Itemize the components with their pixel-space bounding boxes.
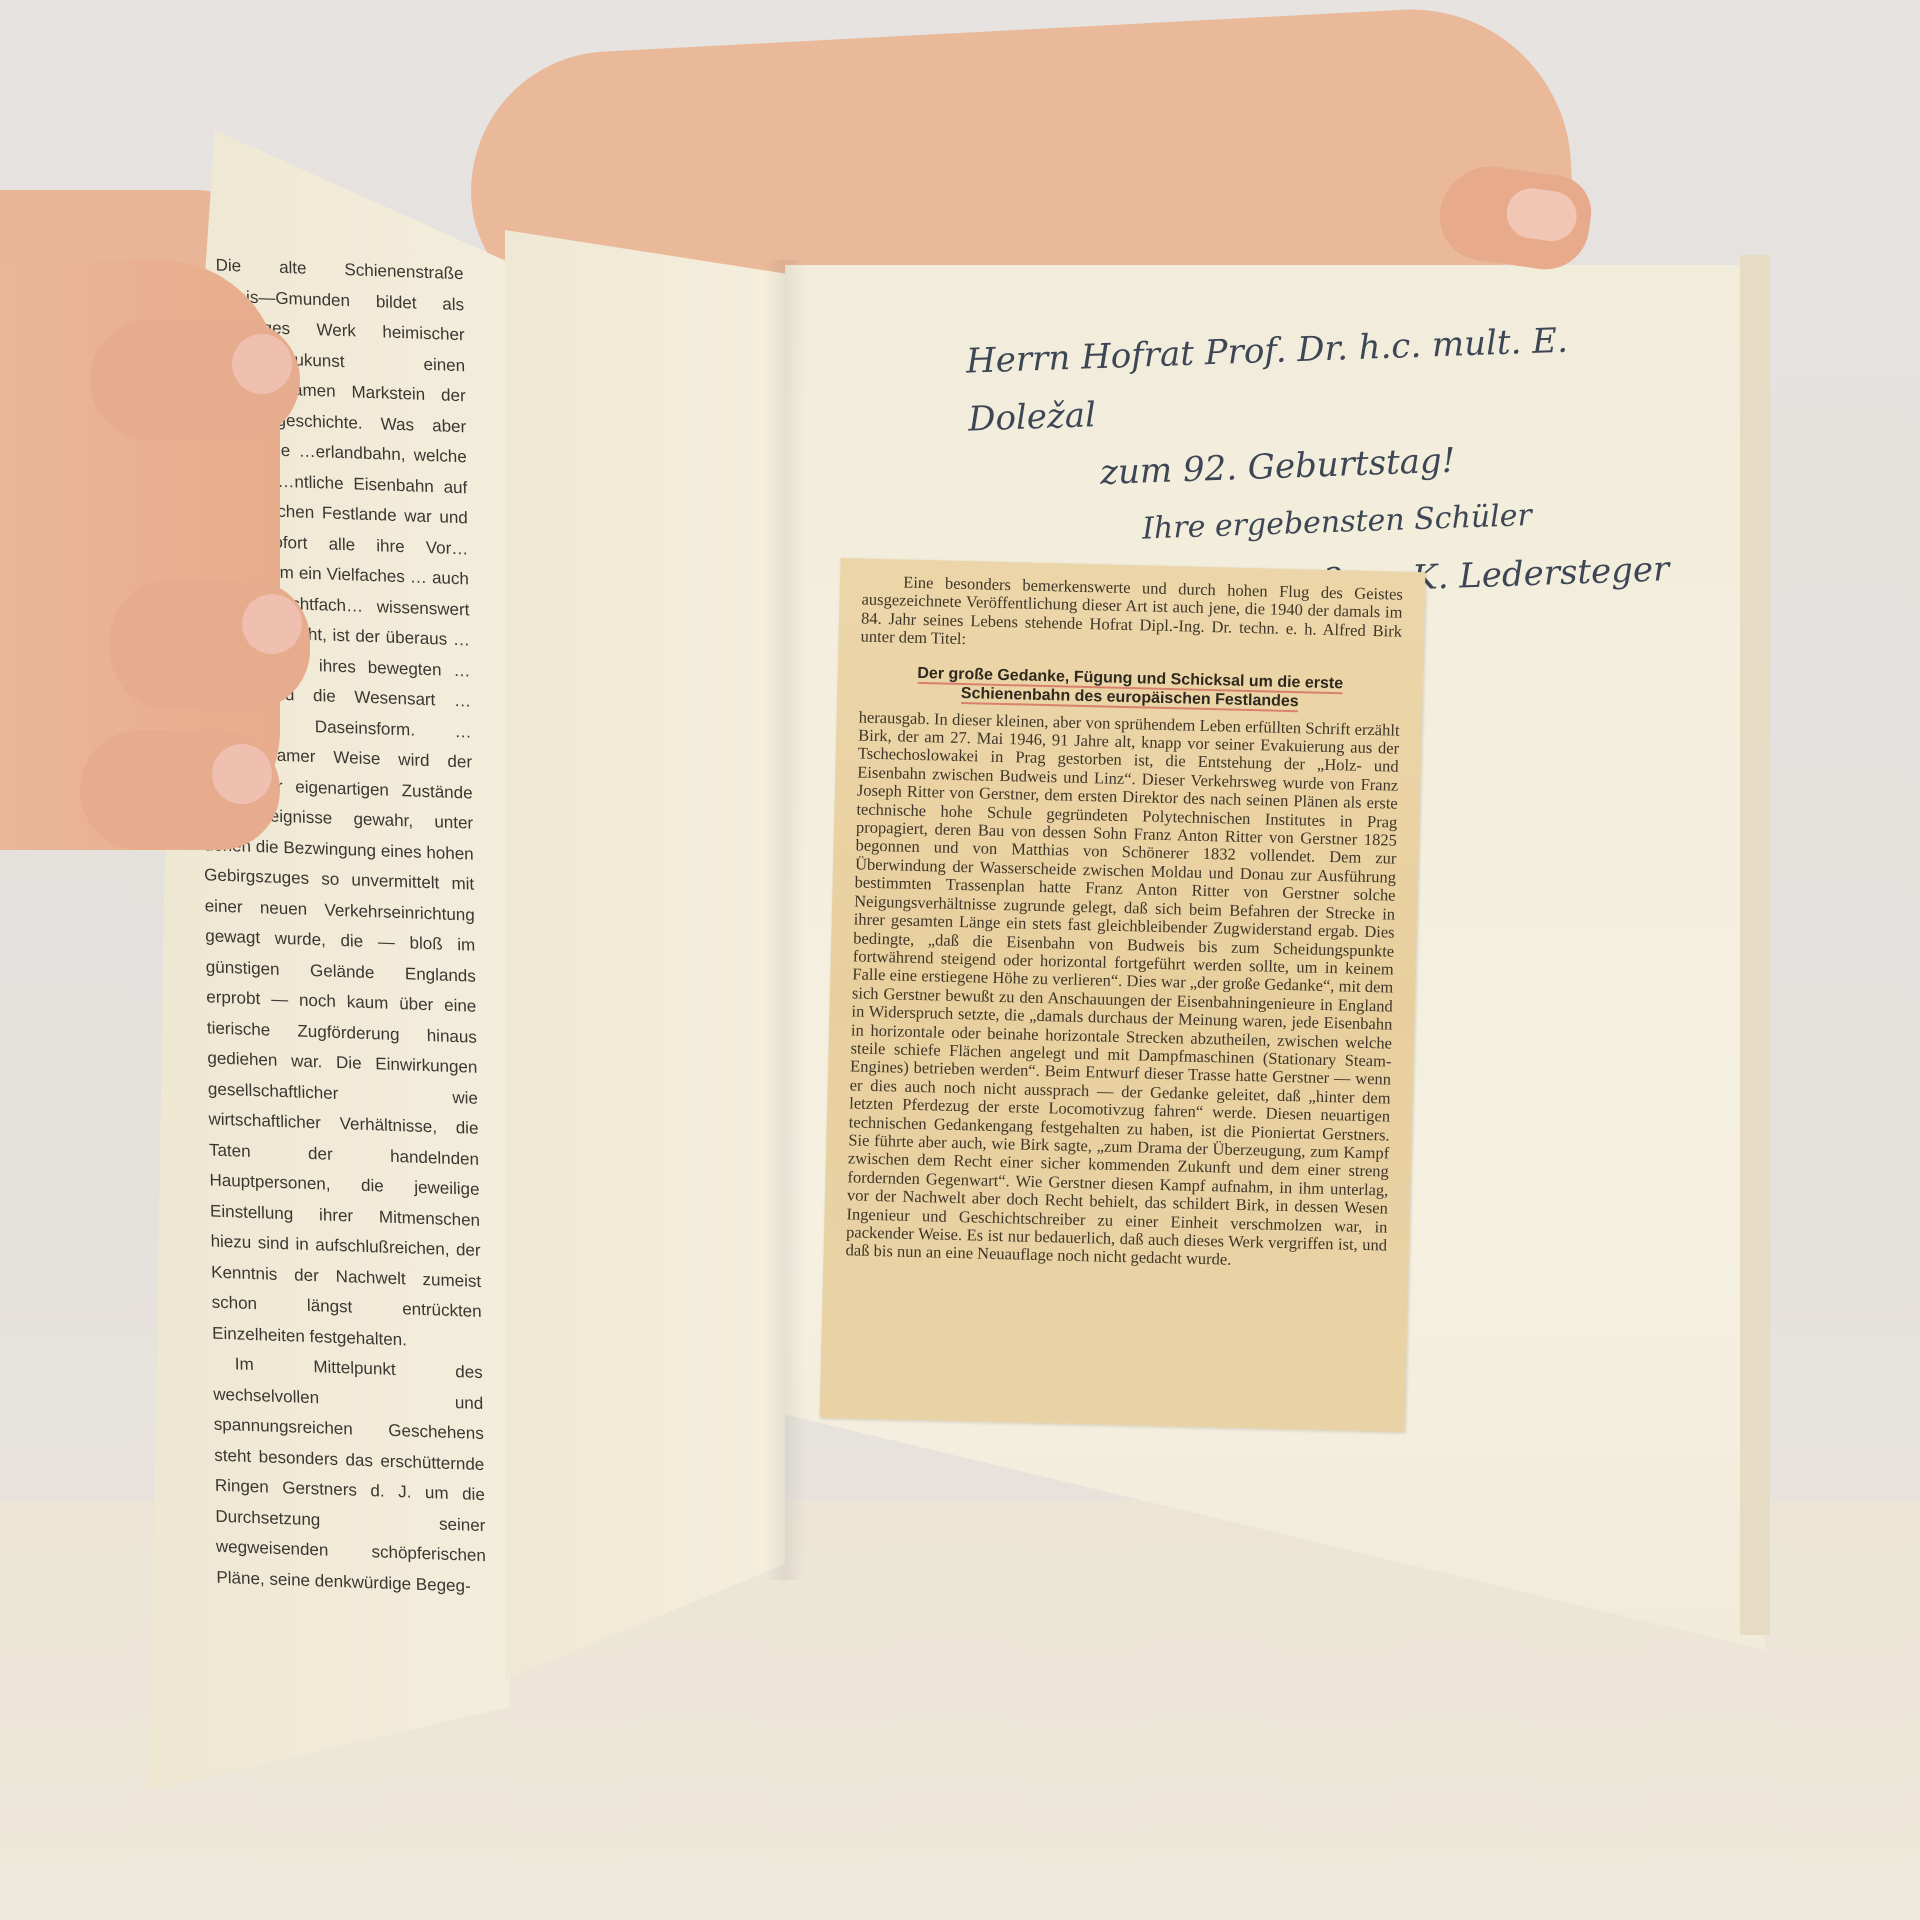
open-book: Die alte Schienenstraße Budweis—Gmunden … xyxy=(0,0,1920,1920)
newspaper-clipping: Eine besonders bemerkenswerte und durch … xyxy=(820,558,1426,1432)
clipping-intro: Eine besonders bemerkenswerte und durch … xyxy=(860,573,1403,660)
clipping-body: herausgab. In dieser kleinen, aber von s… xyxy=(845,708,1399,1273)
left-endpaper xyxy=(505,230,785,1680)
cover-edge xyxy=(1740,255,1770,1635)
flap-paragraph-2: Im Mittelpunkt des wechselvollen und spa… xyxy=(212,1349,486,1603)
left-hand xyxy=(0,260,280,850)
fingernail xyxy=(212,744,272,804)
fingernail xyxy=(232,334,292,394)
thumb-left xyxy=(110,580,310,710)
spine-gutter xyxy=(765,260,805,1580)
clipping-book-title: Der große Gedanke, Fügung und Schicksal … xyxy=(859,662,1401,713)
index-finger xyxy=(90,320,300,440)
signature-2: K. Ledersteger xyxy=(1411,549,1669,598)
thumbnail xyxy=(1504,185,1580,244)
middle-finger xyxy=(80,730,280,850)
fingernail xyxy=(242,594,302,654)
